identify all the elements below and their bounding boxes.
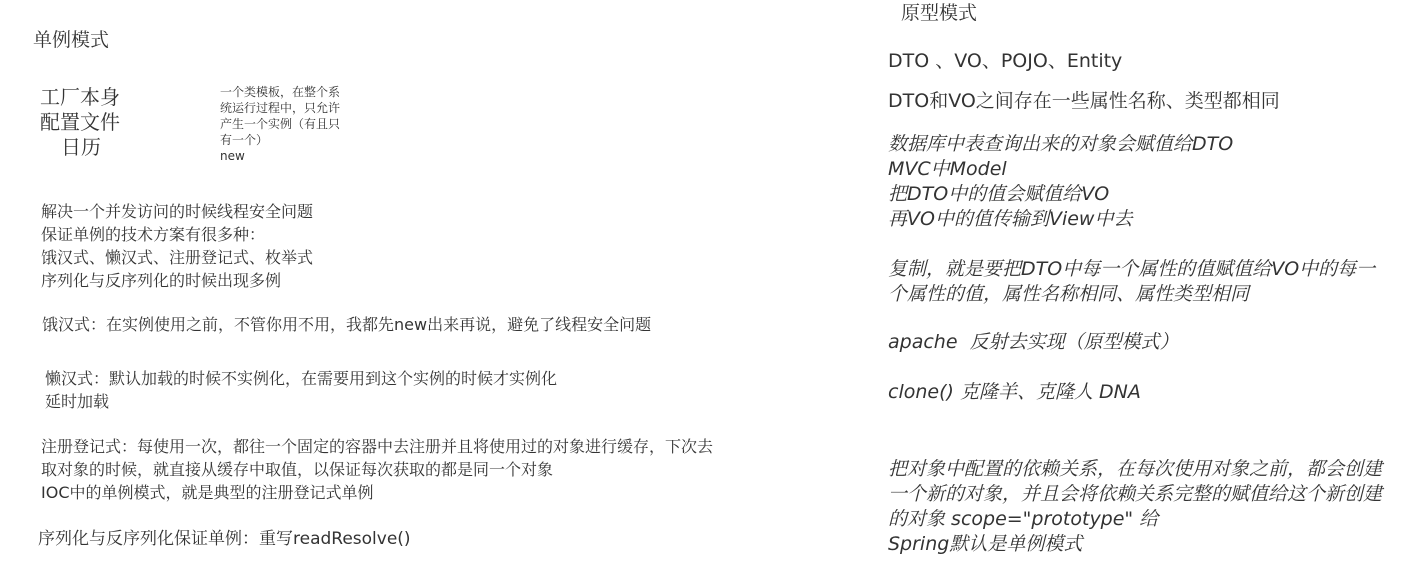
copy-note: 复制，就是要把DTO中每一个属性的值赋值给VO中的每一 个属性的值，属性名称相同… (888, 257, 1375, 307)
singleton-title: 单例模式 (33, 31, 109, 50)
data-flow: 数据库中表查询出来的对象会赋值给DTO MVC中Model 把DTO中的值会赋值… (888, 132, 1233, 232)
serialization-note: 序列化与反序列化保证单例：重写readResolve() (38, 531, 411, 548)
singleton-intro: 解决一个并发访问的时候线程安全问题 保证单例的技术方案有很多种： 饿汉式、懒汉式… (41, 200, 313, 292)
object-types: DTO 、VO、POJO、Entity (888, 52, 1122, 71)
example-factory: 工厂本身 (40, 87, 120, 107)
spring-note: 把对象中配置的依赖关系，在每次使用对象之前，都会创建 一个新的对象，并且会将依赖… (888, 457, 1382, 557)
prototype-title: 原型模式 (901, 4, 977, 23)
hungry-style: 饿汉式：在实例使用之前，不管你用不用，我都先new出来再说，避免了线程安全问题 (42, 317, 651, 333)
example-calendar: 日历 (61, 137, 101, 157)
dto-vo-relation: DTO和VO之间存在一些属性名称、类型都相同 (888, 92, 1280, 111)
singleton-definition: 一个类模板，在整个系 统运行过程中，只允许 产生一个实例（有且只 有一个） ne… (220, 84, 340, 164)
clone-note: clone() 克隆羊、克隆人 DNA (888, 383, 1141, 402)
apache-note: apache 反射去实现（原型模式） (888, 333, 1179, 352)
lazy-style: 懒汉式：默认加载的时候不实例化，在需要用到这个实例的时候才实例化 延时加载 (45, 367, 557, 413)
registry-style: 注册登记式：每使用一次，都往一个固定的容器中去注册并且将使用过的对象进行缓存，下… (41, 435, 713, 504)
example-config: 配置文件 (40, 112, 120, 132)
